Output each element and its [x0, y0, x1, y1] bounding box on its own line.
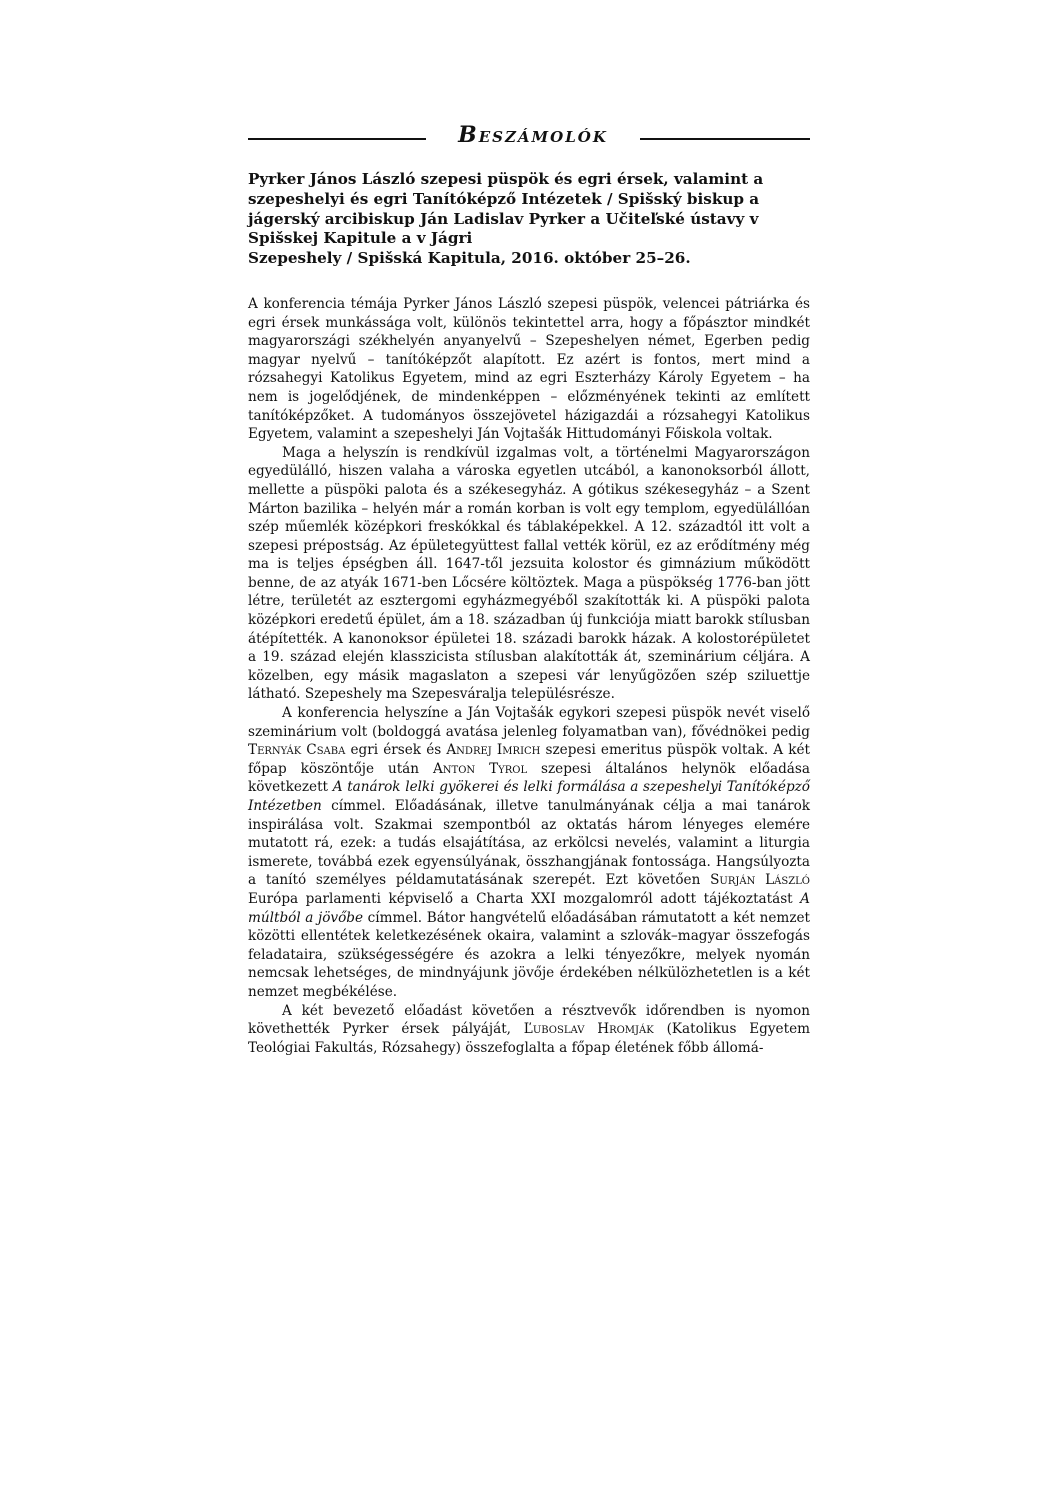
text-run: Európa parlamenti képviselő a Charta XXI… — [248, 891, 800, 907]
paragraph-1: A konferencia témája Pyrker János László… — [248, 295, 810, 444]
document-page: Beszámolók Pyrker János László szepesi p… — [248, 120, 810, 1057]
header-rule-right — [640, 138, 810, 140]
person-name: Andrej Imrich — [446, 742, 540, 758]
paragraph-4: A két bevezető előadást követően a részt… — [248, 1002, 810, 1058]
person-name: Ľuboslav Hromják — [524, 1021, 654, 1037]
text-run: egri érsek és — [345, 742, 446, 758]
person-name: Ternyák Csaba — [248, 742, 345, 758]
paragraph-2: Maga a helyszín is rendkívül izgalmas vo… — [248, 444, 810, 704]
section-header: Beszámolók — [248, 120, 810, 160]
report-event-place-date: Szepeshely / Spišská Kapitula, 2016. okt… — [248, 249, 810, 269]
section-title: Beszámolók — [426, 122, 640, 148]
report-title-line: jágerský arcibiskup Ján Ladislav Pyrker … — [248, 210, 810, 230]
report-title: Pyrker János László szepesi püspök és eg… — [248, 170, 810, 269]
person-name: Anton Tyrol — [433, 761, 527, 777]
report-title-line: Pyrker János László szepesi püspök és eg… — [248, 170, 810, 190]
header-rule-left — [248, 138, 426, 140]
text-run: A konferencia helyszíne a Ján Vojtašák e… — [248, 705, 810, 740]
person-name: Surján László — [710, 872, 810, 888]
report-title-line: Spišskej Kapitule a v Jágri — [248, 229, 810, 249]
report-title-line: szepeshelyi és egri Tanítóképző Intézete… — [248, 190, 810, 210]
paragraph-3: A konferencia helyszíne a Ján Vojtašák e… — [248, 704, 810, 1002]
report-body: A konferencia témája Pyrker János László… — [248, 295, 810, 1057]
